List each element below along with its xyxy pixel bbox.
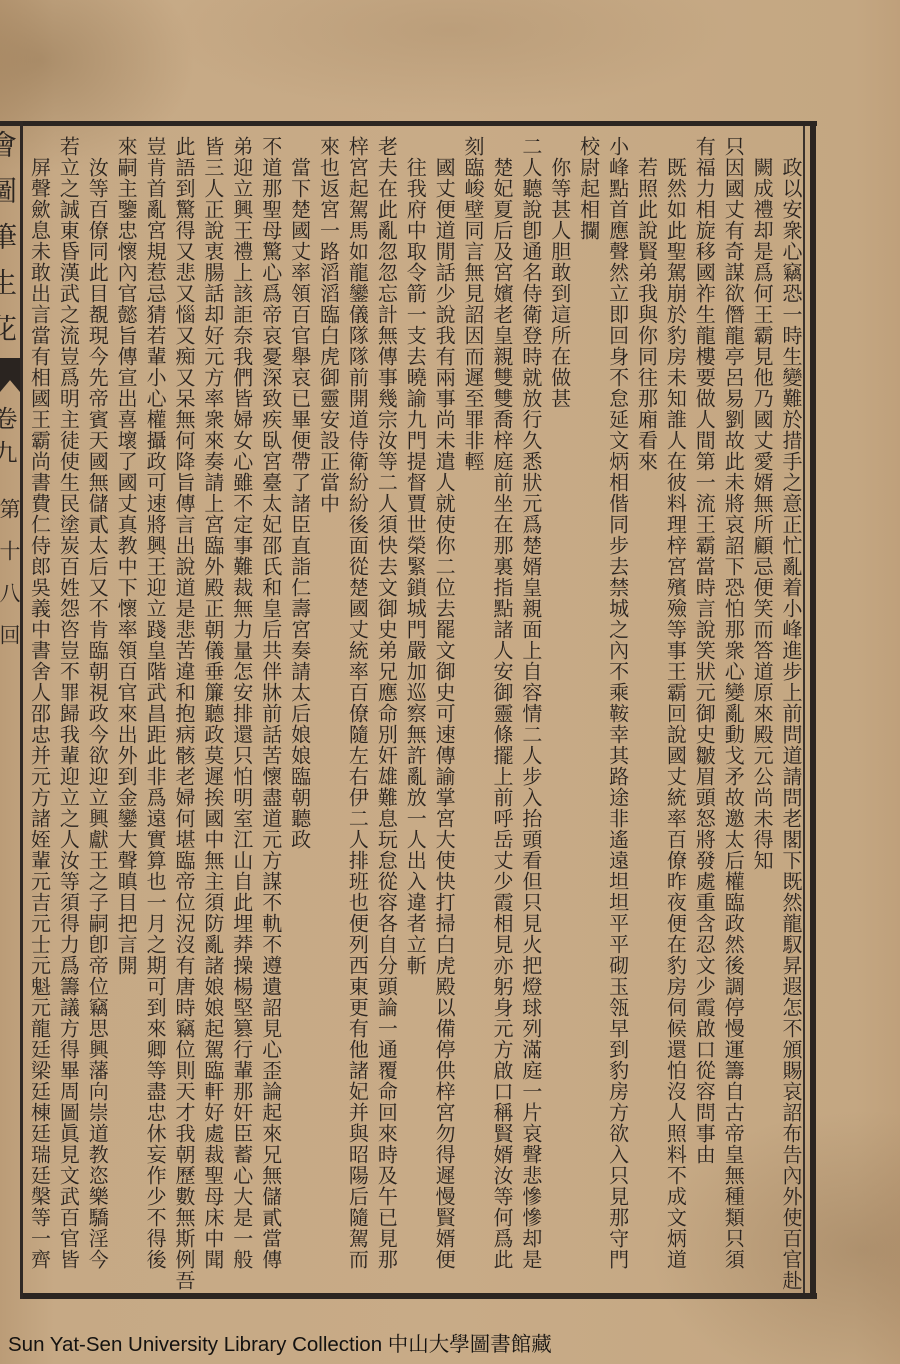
text-column: 政以安衆心竊恐一時生變難於措手之意正忙亂着小峰進步上前問道請問老閣下既然龍馭昇遐…: [776, 157, 805, 1293]
text-column: 楚妃夏后及宮嬪老皇親雙雙喬梓庭前坐在那裏指點諸人安御靈條擺上前呼岳丈少霞相見亦躬…: [487, 157, 516, 1293]
text-column: 往我府中取令箭一支去曉諭九門提督賈世榮緊鎖城門嚴加巡察無許亂放一人出入違者立斬: [400, 157, 429, 1293]
text-column: 來也返宮一路滔滔臨白虎御靈安設正當中: [314, 136, 343, 1293]
frame-right-border: [810, 121, 816, 1299]
frame-bottom-border: [20, 1293, 817, 1299]
frame-top-border: [0, 121, 817, 126]
text-column: 梓宮起駕馬如龍鑾儀隊隊前開道侍衛紛紛後面從楚國丈統率百僚隨左右伊二人排班也便列西…: [343, 136, 372, 1293]
text-column: 你等甚人胆敢到這所在做甚: [545, 157, 574, 1293]
text-column: 二人聽說卽通名侍衛登時就放行久悉狀元爲楚婿皇親面上自容情二人步入抬頭看但只見火把…: [516, 136, 545, 1293]
text-column: 汝等百僚同此目覩現今先帝賓天國無儲貳太后又不肯臨朝視政今欲迎立興獻王之子嗣卽帝位…: [82, 157, 111, 1293]
text-column: 有福力相旋移國祚生龍樓要做人間第一流王霸當時言說笑狀元御史皺眉頭怒將發處重含忍文…: [689, 136, 718, 1293]
text-column: 弟迎立興王禮上該詎奈我們皆婦女心雖不定事難裁無力量怎安排還只怕明室江山自此埋莽操…: [227, 136, 256, 1293]
text-column: 不道那聖母驚心爲帝哀憂深致疾臥宮臺太妃邵氏和皇后共伴牀前話苦懷盡道元方謀不軌不遵…: [256, 136, 285, 1293]
text-column: 來嗣主鑒忠懷內官懿旨傳宣出喜壞了國丈真教中下懷率領百官來出外到金鑾大聲瞋目把言開: [111, 136, 140, 1293]
frame-left-border: [20, 121, 23, 1299]
text-column: 當下楚國丈率領百官舉哀已畢便帶了諸臣直詣仁壽宮奏請太后娘娘臨朝聽政: [285, 157, 314, 1293]
text-column: 若立之誠東昏漢武之流豈爲明主徒使生民塗炭百姓怨咨豈不罪歸我輩迎立之人汝等須得力爲…: [53, 136, 82, 1293]
text-column: 豈肯首亂宮規惹忌猜若輩小心權攝政可速將興王迎立踐皇階武昌距此非爲遠實算也一月之期…: [140, 136, 169, 1293]
text-column: 此語到驚得又悲又惱又痴又呆無何降旨傳言出說道是悲苦違和抱病骸老婦何堪臨帝位況沒有…: [169, 136, 198, 1293]
fold-margin: 會圖筆生花 卷九 第十八回: [0, 126, 20, 1293]
text-column: 若照此說賢弟我與你同往那廂看來: [632, 157, 661, 1293]
chapter-label: 第十八回: [0, 498, 20, 666]
text-column: 刻臨峻壁同言無見詔因而遲至罪非輕: [458, 136, 487, 1293]
text-column: 小峰點首應聲然立即回身不怠延文炳相偕同步去禁城之內不乘鞍幸其路途非遙遠坦坦平平砌…: [603, 136, 632, 1293]
text-column: 只因國丈有奇謀欲僭龍亭呂易劉故此未將哀詔下恐怕那衆心變亂動戈矛故邀太后權臨政然後…: [718, 136, 747, 1293]
text-body: 政以安衆心竊恐一時生變難於措手之意正忙亂着小峰進步上前問道請問老閣下既然龍馭昇遐…: [24, 136, 805, 1293]
text-column: 既然如此聖駕崩於豹房未知誰人在彼料理梓宮殯殮等事王霸回說國丈統率百僚昨夜便在豹房…: [660, 157, 689, 1293]
fish-tail-mark: [0, 358, 20, 392]
text-column: 闕成禮却是爲何王霸見他乃國丈愛婿無所顧忌便笑而答道原來殿元公尚未得知: [747, 157, 776, 1293]
text-column: 校尉起相攔: [574, 136, 603, 1293]
text-column: 皆三人正說衷腸話却好元方率衆來奏請上宮臨外殿正朝儀垂簾聽政莫遲挨國中無主須防亂諸…: [198, 136, 227, 1293]
collection-caption: Sun Yat-Sen University Library Collectio…: [8, 1327, 552, 1357]
book-title: 會圖筆生花: [0, 130, 16, 360]
text-column: 老夫在此亂忽忽忘計無傳事幾宗汝等二人須快去文御史弟兄應命別奸雄難息玩怠從容各自分…: [371, 136, 400, 1293]
text-column: 屏聲歛息未敢出言當有相國王霸尚書費仁侍郎吳義中書舍人邵忠并元方諸姪輩元吉元士元魁…: [25, 157, 54, 1293]
text-column: 國丈便道閒話少說我有兩事尚未遣人就使你二位去罷文御史可速傳諭掌宮大使快打掃白虎殿…: [429, 157, 458, 1293]
volume-label: 卷九: [0, 406, 16, 474]
